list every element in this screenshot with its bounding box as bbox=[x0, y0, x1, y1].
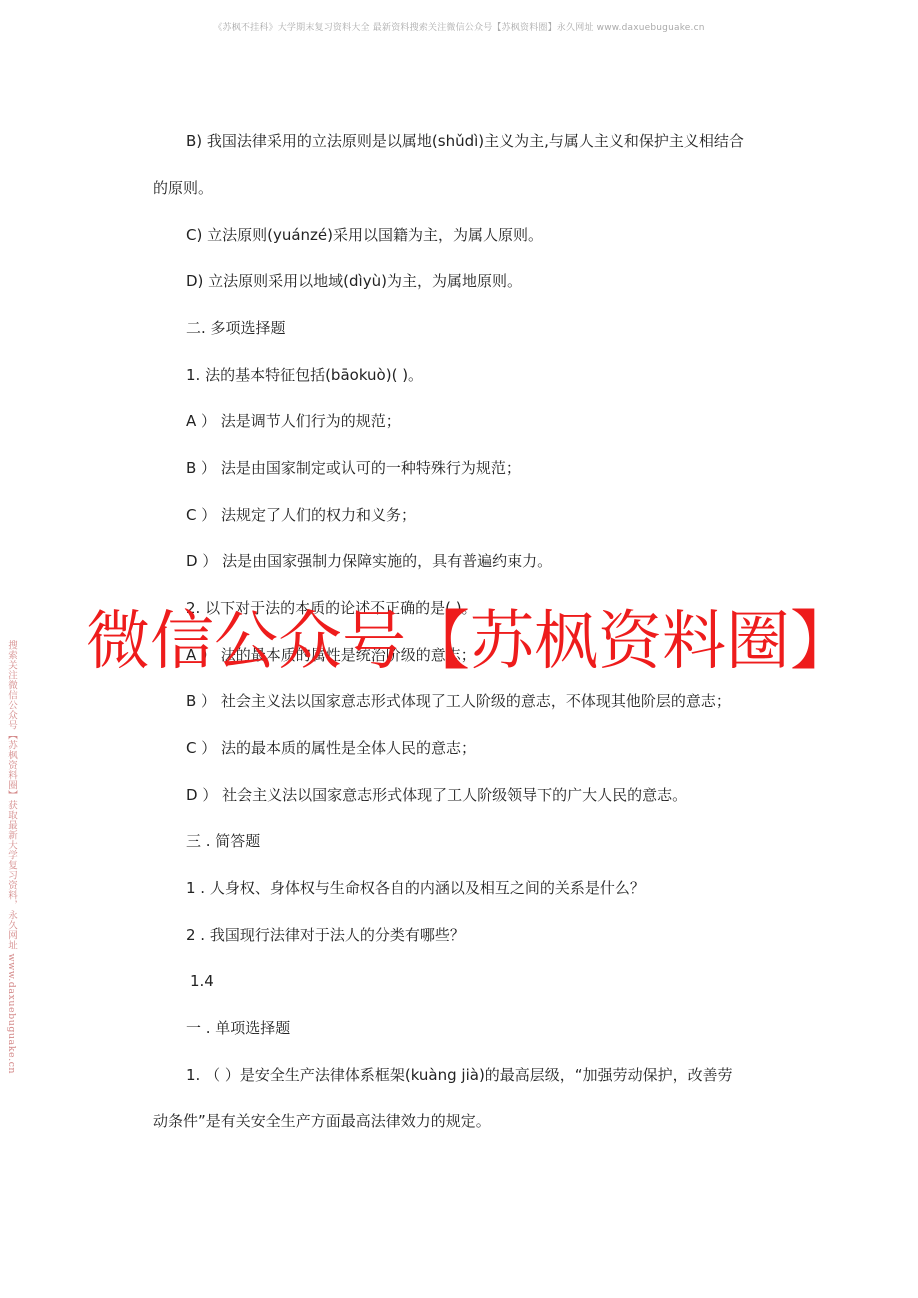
answer-option: D ） 法是由国家强制力保障实施的，具有普遍约束力。 bbox=[186, 551, 552, 571]
answer-option: C ） 法规定了人们的权力和义务； bbox=[186, 505, 416, 525]
chapter-number: 1.4 bbox=[190, 971, 214, 991]
question-text: 1. 法的基本特征包括(bāokuò)( )。 bbox=[186, 365, 423, 385]
document-line: B) 我国法律采用的立法原则是以属地(shǔdì)主义为主,与属人主义和保护主义… bbox=[186, 131, 744, 151]
section-heading: 二. 多项选择题 bbox=[186, 318, 286, 338]
answer-option: B ） 社会主义法以国家意志形式体现了工人阶级的意志，不体现其他阶层的意志； bbox=[186, 691, 731, 711]
question-text: 1 . 人身权、身体权与生命权各自的内涵以及相互之间的关系是什么？ bbox=[186, 878, 645, 898]
question-text: 2. 以下对于法的本质的论述不正确的是( )。 bbox=[186, 598, 477, 618]
side-vertical-banner: 搜索关注微信公众号【苏枫资料圈】获取最新大学复习资料，永久网址 www.daxu… bbox=[4, 640, 18, 1060]
document-line: C) 立法原则(yuánzé)采用以国籍为主，为属人原则。 bbox=[186, 225, 543, 245]
section-heading: 一 . 单项选择题 bbox=[186, 1018, 290, 1038]
answer-option: A ） 法的最本质的属性是统治阶级的意志； bbox=[186, 645, 476, 665]
answer-option: C ） 法的最本质的属性是全体人民的意志； bbox=[186, 738, 476, 758]
answer-option: B ） 法是由国家制定或认可的一种特殊行为规范； bbox=[186, 458, 521, 478]
question-text: 动条件”是有关安全生产方面最高法律效力的规定。 bbox=[153, 1111, 491, 1131]
question-text: 2 . 我国现行法律对于法人的分类有哪些？ bbox=[186, 925, 465, 945]
answer-option: A ） 法是调节人们行为的规范； bbox=[186, 411, 401, 431]
page-header-banner: 《苏枫不挂科》大学期末复习资料大全 最新资料搜索关注微信公众号【苏枫资料圈】永久… bbox=[0, 20, 918, 33]
answer-option: D ） 社会主义法以国家意志形式体现了工人阶级领导下的广大人民的意志。 bbox=[186, 785, 687, 805]
document-line: D) 立法原则采用以地域(dìyù)为主，为属地原则。 bbox=[186, 271, 522, 291]
document-line: 的原则。 bbox=[153, 178, 213, 198]
section-heading: 三 . 简答题 bbox=[186, 831, 260, 851]
question-text: 1. （ ）是安全生产法律体系框架(kuàng jià)的最高层级，“加强劳动保… bbox=[186, 1065, 733, 1085]
